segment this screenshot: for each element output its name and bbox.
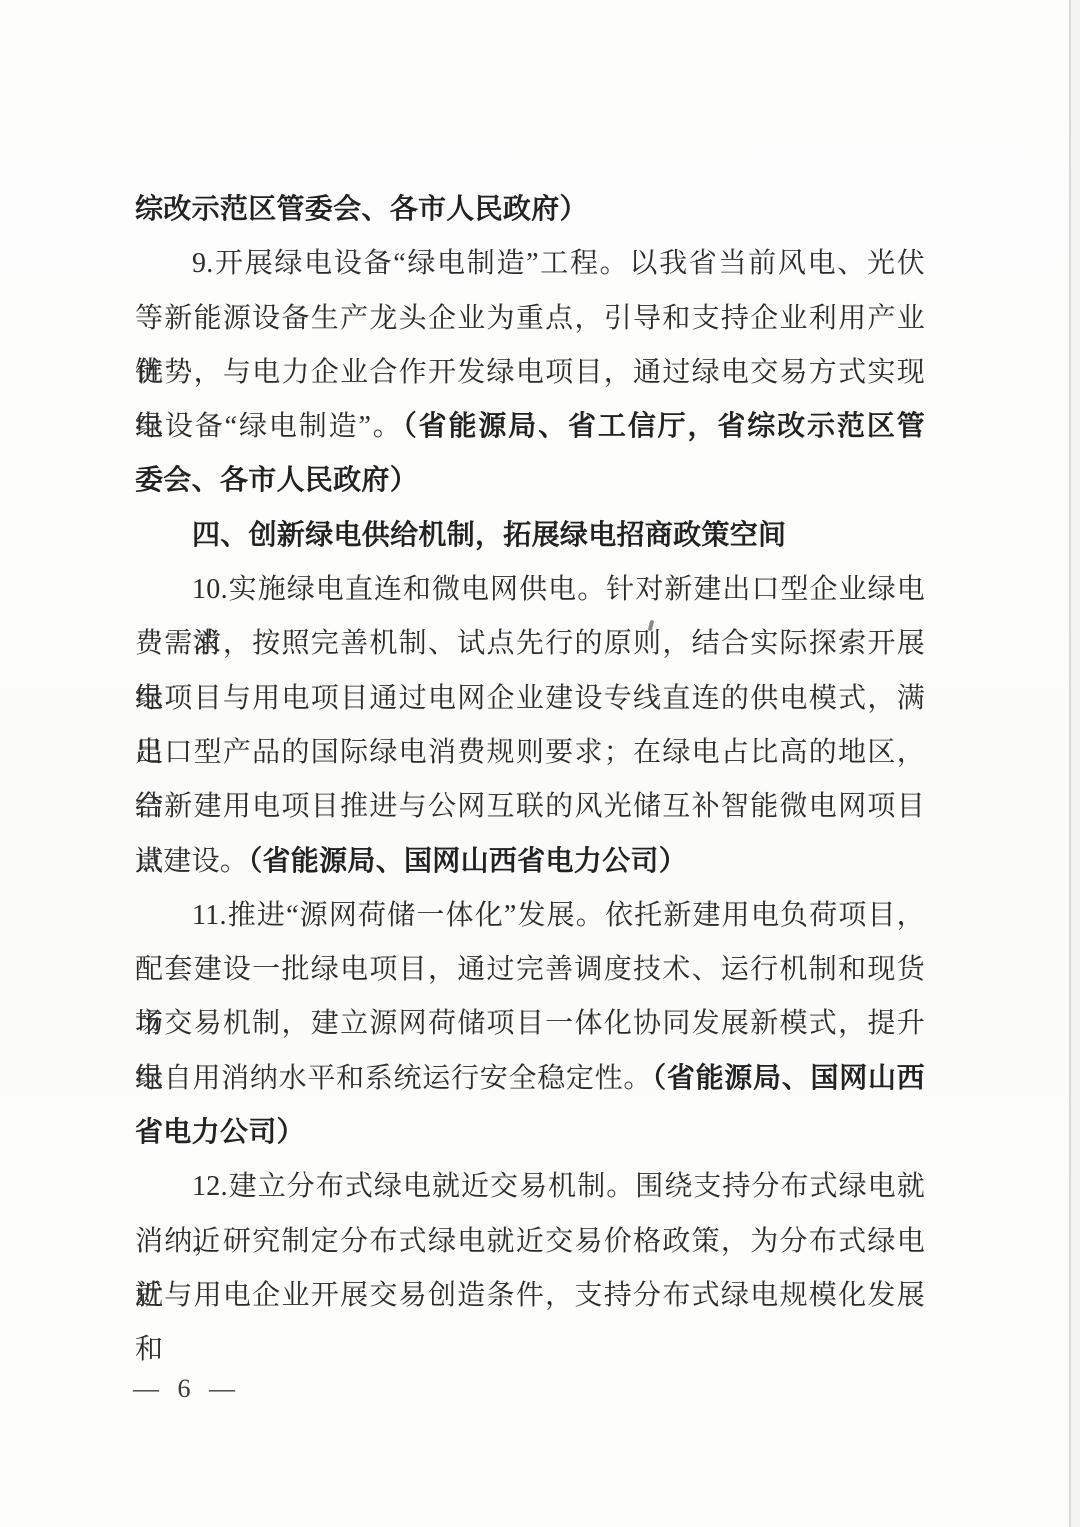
text-line: 11.推进“源网荷储一体化”发展。依托新建用电负荷项目，: [135, 889, 925, 943]
text-line: 12.建立分布式绿电就近交易机制。围绕支持分布式绿电就近: [135, 1160, 925, 1214]
agency-attribution: 省电力公司）: [135, 1106, 925, 1160]
text-line: 近与用电企业开展交易创造条件，支持分布式绿电规模化发展和: [135, 1269, 925, 1323]
text-segment: 点建设。: [135, 846, 248, 877]
text-line: 点建设。（省能源局、国网山西省电力公司）: [135, 835, 925, 889]
section-heading: 四、创新绿电供给机制，拓展绿电招商政策空间: [135, 509, 925, 563]
document-body: 综改示范区管委会、各市人民政府） 9.开展绿电设备“绿电制造”工程。以我省当前风…: [135, 183, 925, 1323]
agency-attribution: （省能源局、省工信厅，省综改示范区管: [403, 411, 925, 442]
text-line: 10.实施绿电直连和微电网供电。针对新建出口型企业绿电消: [135, 563, 925, 617]
text-segment: 电设备“绿电制造”。: [135, 411, 403, 442]
text-line: 电自用消纳水平和系统运行安全稳定性。（省能源局、国网山西: [135, 1052, 925, 1106]
text-line: 等新能源设备生产龙头企业为重点，引导和支持企业利用产业链: [135, 292, 925, 346]
agency-attribution: （省能源局、国网山西: [652, 1063, 925, 1094]
document-page: 综改示范区管委会、各市人民政府） 9.开展绿电设备“绿电制造”工程。以我省当前风…: [0, 0, 1080, 1527]
text-line: 出口型产品的国际绿电消费规则要求；在绿电占比高的地区，结: [135, 726, 925, 780]
scan-edge-artifact: [1069, 0, 1071, 1527]
text-segment: 电自用消纳水平和系统运行安全稳定性。: [135, 1063, 652, 1094]
text-line: 电项目与用电项目通过电网企业建设专线直连的供电模式，满足: [135, 672, 925, 726]
text-line: 费需求，按照完善机制、试点先行的原则，结合实际探索开展绿: [135, 617, 925, 671]
scan-edge-strip: [1071, 0, 1080, 1527]
text-line: 合新建用电项目推进与公网互联的风光储互补智能微电网项目试: [135, 780, 925, 834]
text-line: 场交易机制，建立源网荷储项目一体化协同发展新模式，提升绿: [135, 997, 925, 1051]
text-line: 配套建设一批绿电项目，通过完善调度技术、运行机制和现货市: [135, 943, 925, 997]
agency-attribution: 委会、各市人民政府）: [135, 454, 925, 508]
page-number: — 6 —: [133, 1374, 241, 1404]
text-line: 消纳，研究制定分布式绿电就近交易价格政策，为分布式绿电就: [135, 1215, 925, 1269]
text-line: 9.开展绿电设备“绿电制造”工程。以我省当前风电、光伏: [135, 237, 925, 291]
agency-attribution: （省能源局、国网山西省电力公司）: [248, 846, 687, 877]
text-line: 电设备“绿电制造”。（省能源局、省工信厅，省综改示范区管: [135, 400, 925, 454]
text-line: 优势，与电力企业合作开发绿电项目，通过绿电交易方式实现绿: [135, 346, 925, 400]
text-line: 综改示范区管委会、各市人民政府）: [135, 183, 925, 237]
